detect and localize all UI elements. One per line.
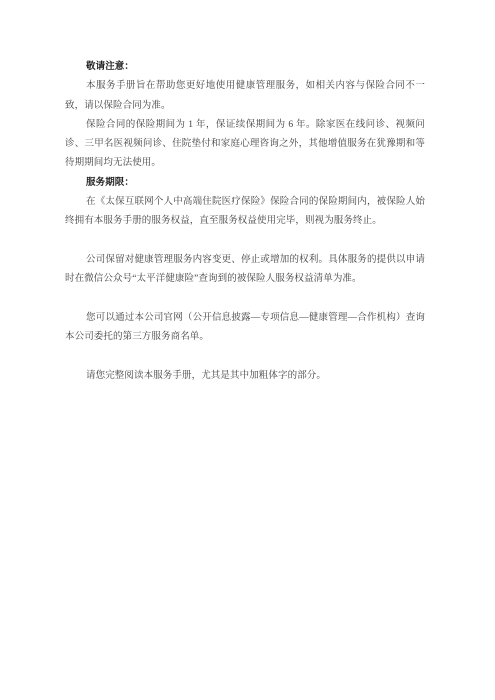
document-content: 敬请注意： 本服务手册旨在帮助您更好地使用健康管理服务，如相关内容与保险合同不一…	[65, 58, 425, 386]
service-change-rights-paragraph: 公司保留对健康管理服务内容变更、停止或增加的权利。具体服务的提供以申请时在微信公…	[65, 251, 425, 290]
notice-intro-paragraph: 本服务手册旨在帮助您更好地使用健康管理服务，如相关内容与保险合同不一致，请以保险…	[65, 77, 425, 116]
service-period-paragraph: 在《太保互联网个人中高端住院医疗保险》保险合同的保险期间内，被保险人始终拥有本服…	[65, 193, 425, 232]
third-party-provider-paragraph: 您可以通过本公司官网（公开信息披露—专项信息—健康管理—合作机构）查询本公司委托…	[65, 309, 425, 348]
notice-heading: 敬请注意：	[65, 58, 425, 77]
document-page: 敬请注意： 本服务手册旨在帮助您更好地使用健康管理服务，如相关内容与保险合同不一…	[0, 0, 495, 700]
service-period-heading: 服务期限：	[65, 174, 425, 193]
read-completely-paragraph: 请您完整阅读本服务手册，尤其是其中加粗体字的部分。	[65, 367, 425, 386]
insurance-period-paragraph: 保险合同的保险期间为 1 年，保证续保期间为 6 年。除家医在线问诊、视频问诊、…	[65, 116, 425, 174]
